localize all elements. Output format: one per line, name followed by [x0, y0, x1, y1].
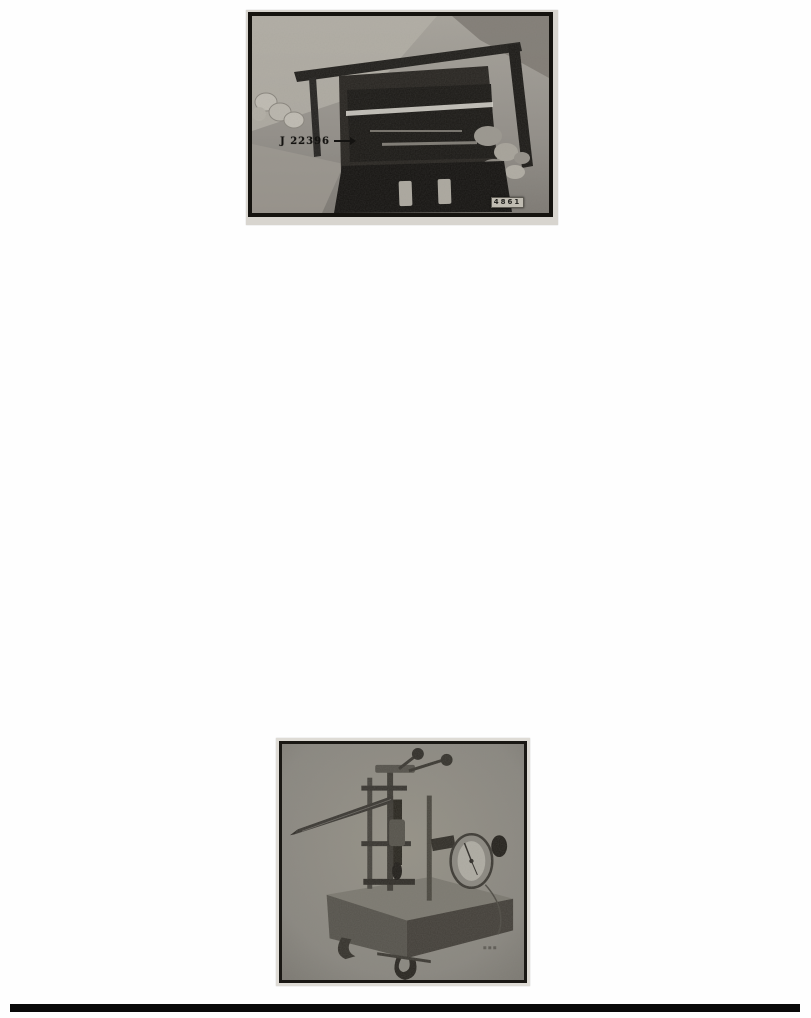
- figure-top-photo: J 22396 4861: [246, 10, 558, 225]
- film-grain: [252, 16, 549, 213]
- tool-callout: J 22396: [280, 134, 356, 148]
- top-photo-image: [252, 16, 549, 213]
- document-page: J 22396 4861: [0, 0, 811, 1018]
- figure-bottom-photo: [276, 738, 530, 986]
- bottom-photo-frame: [279, 741, 527, 983]
- tool-callout-label: J 22396: [280, 136, 330, 147]
- top-photo-frame: J 22396 4861: [248, 12, 553, 217]
- bottom-photo-image: [282, 744, 524, 980]
- page-bottom-rule: [10, 1004, 800, 1012]
- film-grain: [282, 744, 524, 980]
- callout-right-arrow-icon: [334, 137, 356, 145]
- photo-id-tag: 4861: [491, 197, 524, 208]
